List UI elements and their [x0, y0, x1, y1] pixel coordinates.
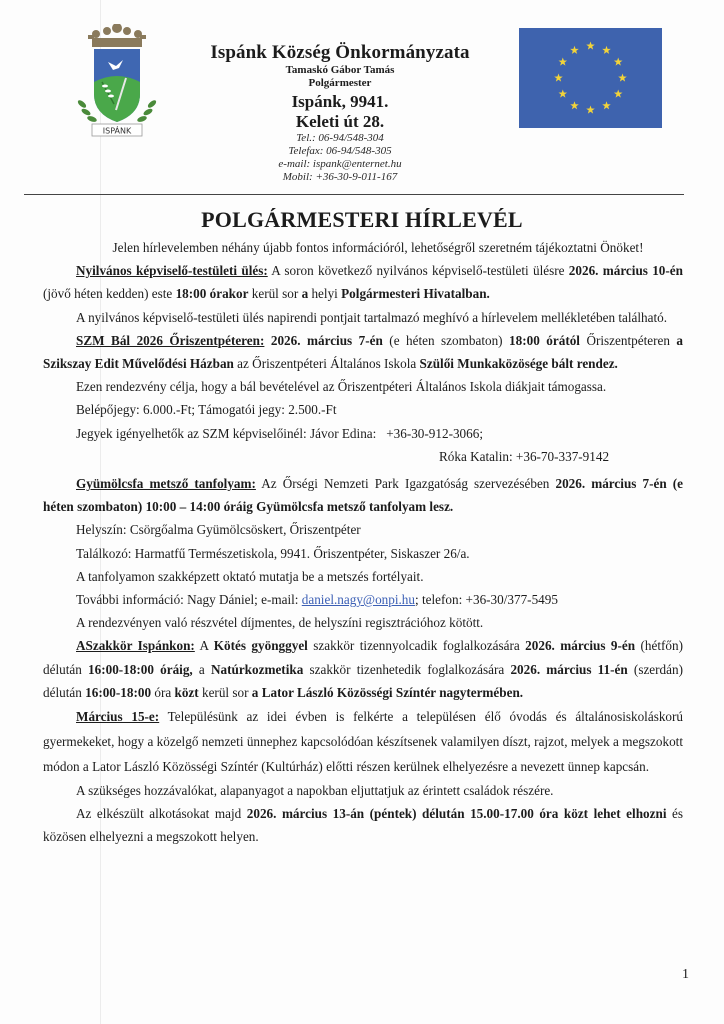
mayor-name: Tamaskó Gábor Tamás [190, 64, 490, 77]
pruning-description: A tanfolyamon szakképzett oktató mutatja… [43, 565, 683, 588]
eu-flag-icon [519, 28, 662, 128]
section-march15: Március 15-e: Településünk az idei évben… [43, 704, 683, 779]
pruning-fee: A rendezvényen való részvétel díjmentes,… [43, 611, 683, 634]
section-clubs: ASzakkör Ispánkon: A Kötés gyönggyel sza… [43, 634, 683, 704]
section-meeting: Nyilvános képviselő-testületi ülés: A so… [43, 259, 683, 305]
phone: Tel.: 06-94/548-304 [190, 132, 490, 145]
section-heading: SZM Bál 2026 Őriszentpéteren: [76, 333, 264, 348]
email-link[interactable]: daniel.nagy@onpi.hu [302, 592, 415, 607]
org-name: Ispánk Község Önkormányzata [190, 42, 490, 64]
ball-purpose: Ezen rendezvény célja, hogy a bál bevéte… [43, 375, 683, 398]
section-heading: ASzakkör Ispánkon: [76, 638, 195, 653]
section-heading: Nyilvános képviselő-testületi ülés: [76, 263, 268, 278]
mobile: Mobil: +36-30-9-011-167 [190, 171, 490, 184]
meeting-agenda-note: A nyilvános képviselő-testületi ülés nap… [43, 306, 683, 329]
address-city: Ispánk, 9941. [190, 91, 490, 112]
document-page: ISPÁNK Ispánk Község Önkormányzata Tamas… [0, 0, 724, 1024]
intro-text: Jelen hírlevelemben néhány újabb fontos … [73, 236, 683, 259]
fax: Telefax: 06-94/548-305 [190, 145, 490, 158]
address-street: Keleti út 28. [190, 112, 490, 132]
pruning-location: Helyszín: Csörgőalma Gyümölcsöskert, Őri… [43, 518, 683, 541]
section-ball: SZM Bál 2026 Őriszentpéteren: 2026. márc… [43, 329, 683, 375]
march15-materials: A szükséges hozzávalókat, alapanyagot a … [43, 779, 683, 802]
pruning-meeting-point: Találkozó: Harmatfű Természetiskola, 994… [43, 542, 683, 565]
march15-collection: Az elkészült alkotásokat majd 2026. márc… [43, 802, 683, 848]
svg-text:ISPÁNK: ISPÁNK [103, 125, 132, 136]
ball-contact-2: Róka Katalin: +36-70-337-9142 [43, 445, 683, 468]
section-heading: Március 15-e: [76, 709, 159, 724]
letterhead: Ispánk Község Önkormányzata Tamaskó Gábo… [190, 42, 490, 184]
header-divider [24, 194, 684, 195]
coat-of-arms-icon: ISPÁNK [68, 24, 166, 142]
email: e-mail: ispank@enternet.hu [190, 158, 490, 171]
section-heading: Gyümölcsfa metsző tanfolyam: [76, 476, 256, 491]
page-number: 1 [682, 967, 689, 983]
newsletter-body: Jelen hírlevelemben néhány újabb fontos … [43, 236, 683, 849]
newsletter-title: POLGÁRMESTERI HÍRLEVÉL [0, 207, 724, 233]
section-pruning: Gyümölcsfa metsző tanfolyam: Az Őrségi N… [43, 472, 683, 518]
ball-contacts: Jegyek igényelhetők az SZM képviselőinél… [43, 422, 683, 445]
ball-tickets: Belépőjegy: 6.000.-Ft; Támogatói jegy: 2… [43, 398, 683, 421]
mayor-title: Polgármester [190, 77, 490, 90]
pruning-info: További információ: Nagy Dániel; e-mail:… [43, 588, 683, 611]
